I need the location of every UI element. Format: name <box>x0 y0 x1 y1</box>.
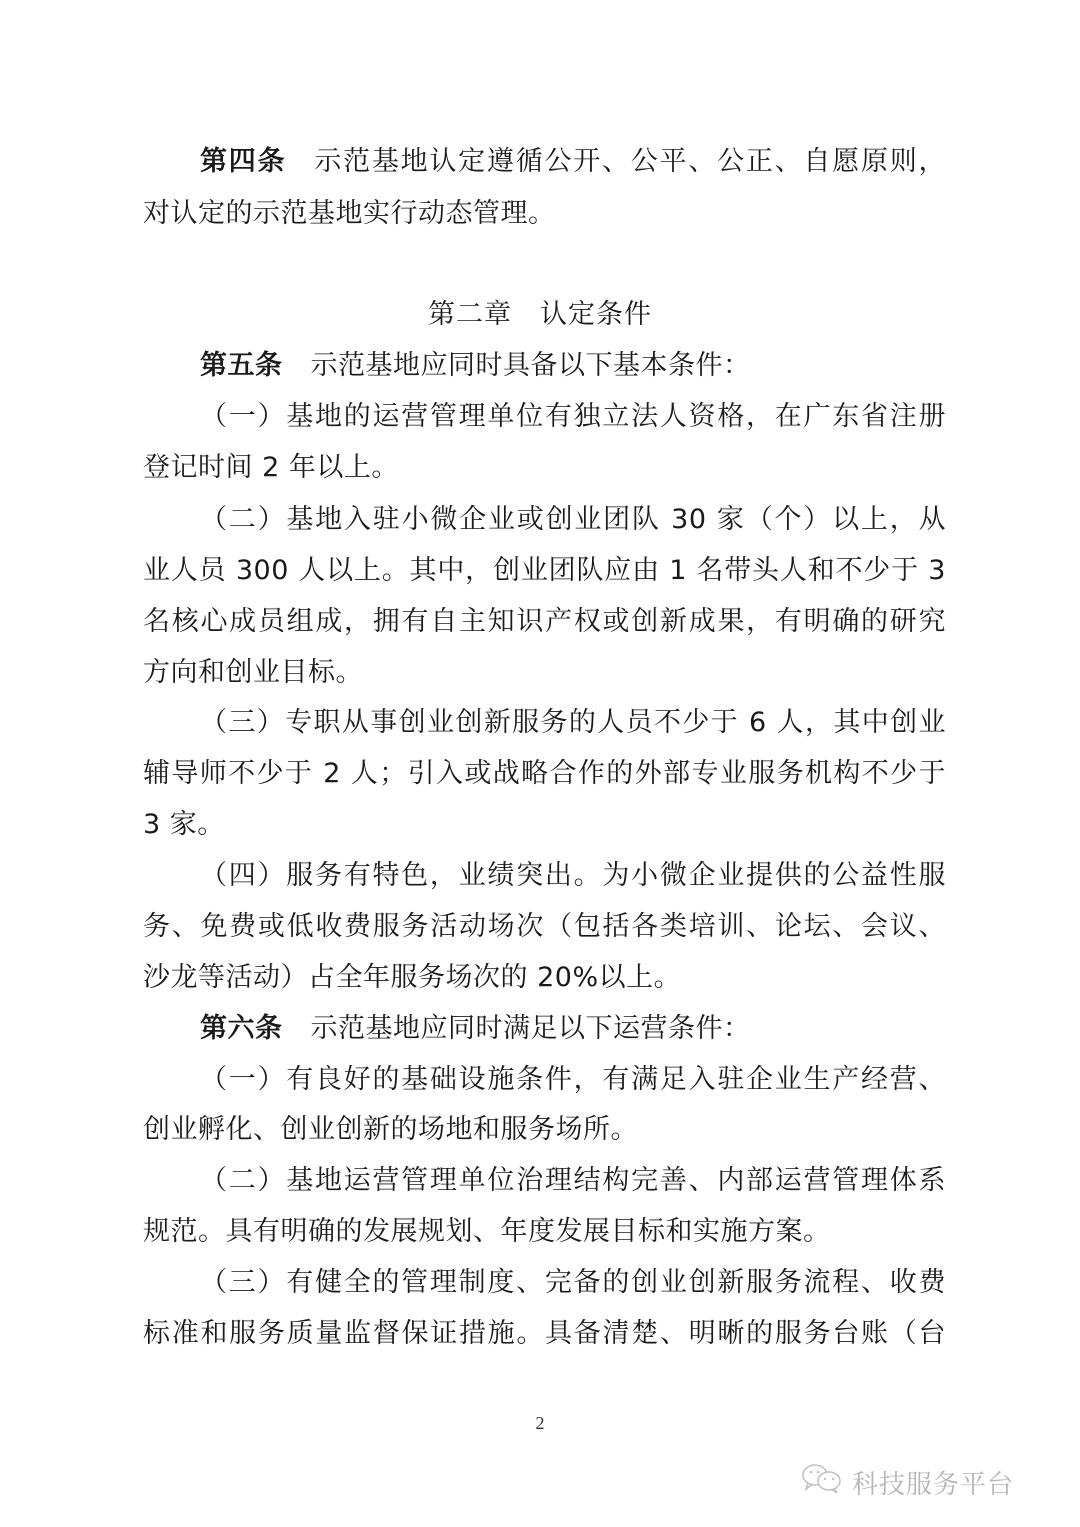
a6-item3-line2: 标准和服务质量监督保证措施。具备清楚、明晰的服务台账（台 <box>143 1308 946 1360</box>
a5-item1-line2: 登记时间 2 年以上。 <box>143 442 946 494</box>
a6-item2-line1: （二）基地运营管理单位治理结构完善、内部运营管理体系 <box>200 1155 946 1207</box>
a5-item2-line2: 业人员 300 人以上。其中，创业团队应由 1 名带头人和不少于 3 <box>143 545 946 597</box>
wechat-icon <box>800 1462 852 1503</box>
chapter-heading: 第二章认定条件 <box>0 289 1080 341</box>
a5-item3-line1: （三）专职从事创业创新服务的人员不少于 6 人，其中创业 <box>200 697 946 749</box>
a5-item3-line2: 辅导师不少于 2 人；引入或战略合作的外部专业服务机构不少于 <box>143 748 946 800</box>
chapter-title: 认定条件 <box>540 299 652 330</box>
article5-intro: 第五条示范基地应同时具备以下基本条件： <box>200 340 946 392</box>
a5-item4-line1: （四）服务有特色，业绩突出。为小微企业提供的公益性服 <box>200 850 946 902</box>
a6-item3-line1: （三）有健全的管理制度、完备的创业创新服务流程、收费 <box>200 1257 946 1309</box>
a5-item2-line3: 名核心成员组成，拥有自主知识产权或创新成果，有明确的研究 <box>143 596 946 648</box>
a5-item3-line3: 3 家。 <box>143 799 946 851</box>
watermark: 科技服务平台 <box>800 1462 1014 1503</box>
a5-item2-line4: 方向和创业目标。 <box>143 647 946 699</box>
article6-label: 第六条 <box>200 1013 283 1044</box>
chapter-number: 第二章 <box>428 299 512 330</box>
a6-item1-line1: （一）有良好的基础设施条件，有满足入驻企业生产经营、 <box>200 1054 946 1106</box>
a6-item2-line2: 规范。具有明确的发展规划、年度发展目标和实施方案。 <box>143 1206 946 1258</box>
article4-line-2: 对认定的示范基地实行动态管理。 <box>143 188 946 240</box>
document-page: 第四条示范基地认定遵循公开、公平、公正、自愿原则， 对认定的示范基地实行动态管理… <box>0 0 1080 1527</box>
article4-label: 第四条 <box>200 146 286 177</box>
a5-item1-line1: （一）基地的运营管理单位有独立法人资格，在广东省注册 <box>200 391 946 443</box>
a5-item4-line2: 务、免费或低收费服务活动场次（包括各类培训、论坛、会议、 <box>143 901 946 953</box>
page-number: 2 <box>0 1413 1080 1434</box>
article6-intro: 第六条示范基地应同时满足以下运营条件： <box>200 1003 946 1055</box>
watermark-text: 科技服务平台 <box>852 1464 1014 1501</box>
article4-line-1: 第四条示范基地认定遵循公开、公平、公正、自愿原则， <box>200 136 946 188</box>
a5-item2-line1: （二）基地入驻小微企业或创业团队 30 家（个）以上，从 <box>200 494 946 546</box>
a5-item4-line3: 沙龙等活动）占全年服务场次的 20%以上。 <box>143 952 946 1004</box>
article5-label: 第五条 <box>200 350 283 381</box>
a6-item1-line2: 创业孵化、创业创新的场地和服务场所。 <box>143 1104 946 1156</box>
